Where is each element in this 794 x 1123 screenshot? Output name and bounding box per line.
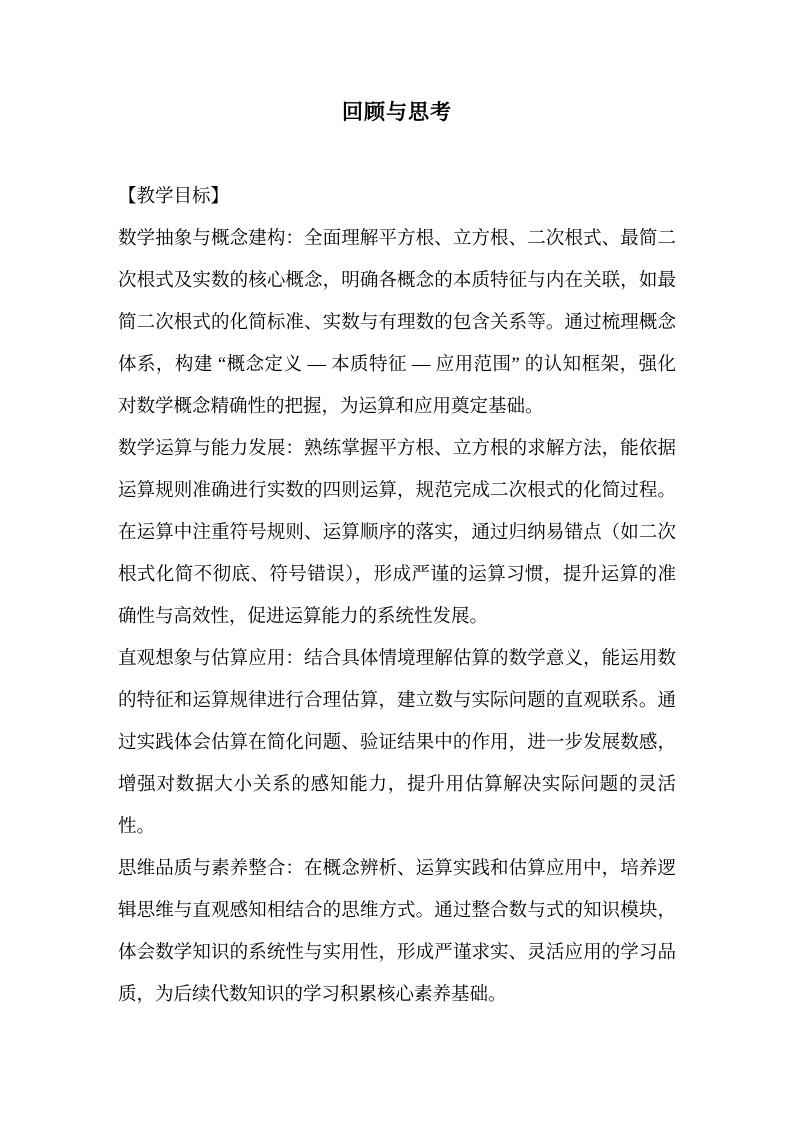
paragraph-math-abstraction: 数学抽象与概念建构：全面理解平方根、立方根、二次根式、最简二次根式及实数的核心概… xyxy=(118,218,676,428)
paragraph-intuitive-estimation: 直观想象与估算应用：结合具体情境理解估算的数学意义，能运用数的特征和运算规律进行… xyxy=(118,638,676,848)
paragraph-thinking-quality: 思维品质与素养整合：在概念辨析、运算实践和估算应用中，培养逻辑思维与直观感知相结… xyxy=(118,848,676,1016)
paragraph-math-operation: 数学运算与能力发展：熟练掌握平方根、立方根的求解方法，能依据运算规则准确进行实数… xyxy=(118,428,676,638)
section-heading-teaching-objectives: 【教学目标】 xyxy=(118,176,676,218)
document-body: 【教学目标】 数学抽象与概念建构：全面理解平方根、立方根、二次根式、最简二次根式… xyxy=(118,176,676,1016)
document-page: 回顾与思考 【教学目标】 数学抽象与概念建构：全面理解平方根、立方根、二次根式、… xyxy=(0,0,794,1123)
page-title: 回顾与思考 xyxy=(118,92,676,134)
